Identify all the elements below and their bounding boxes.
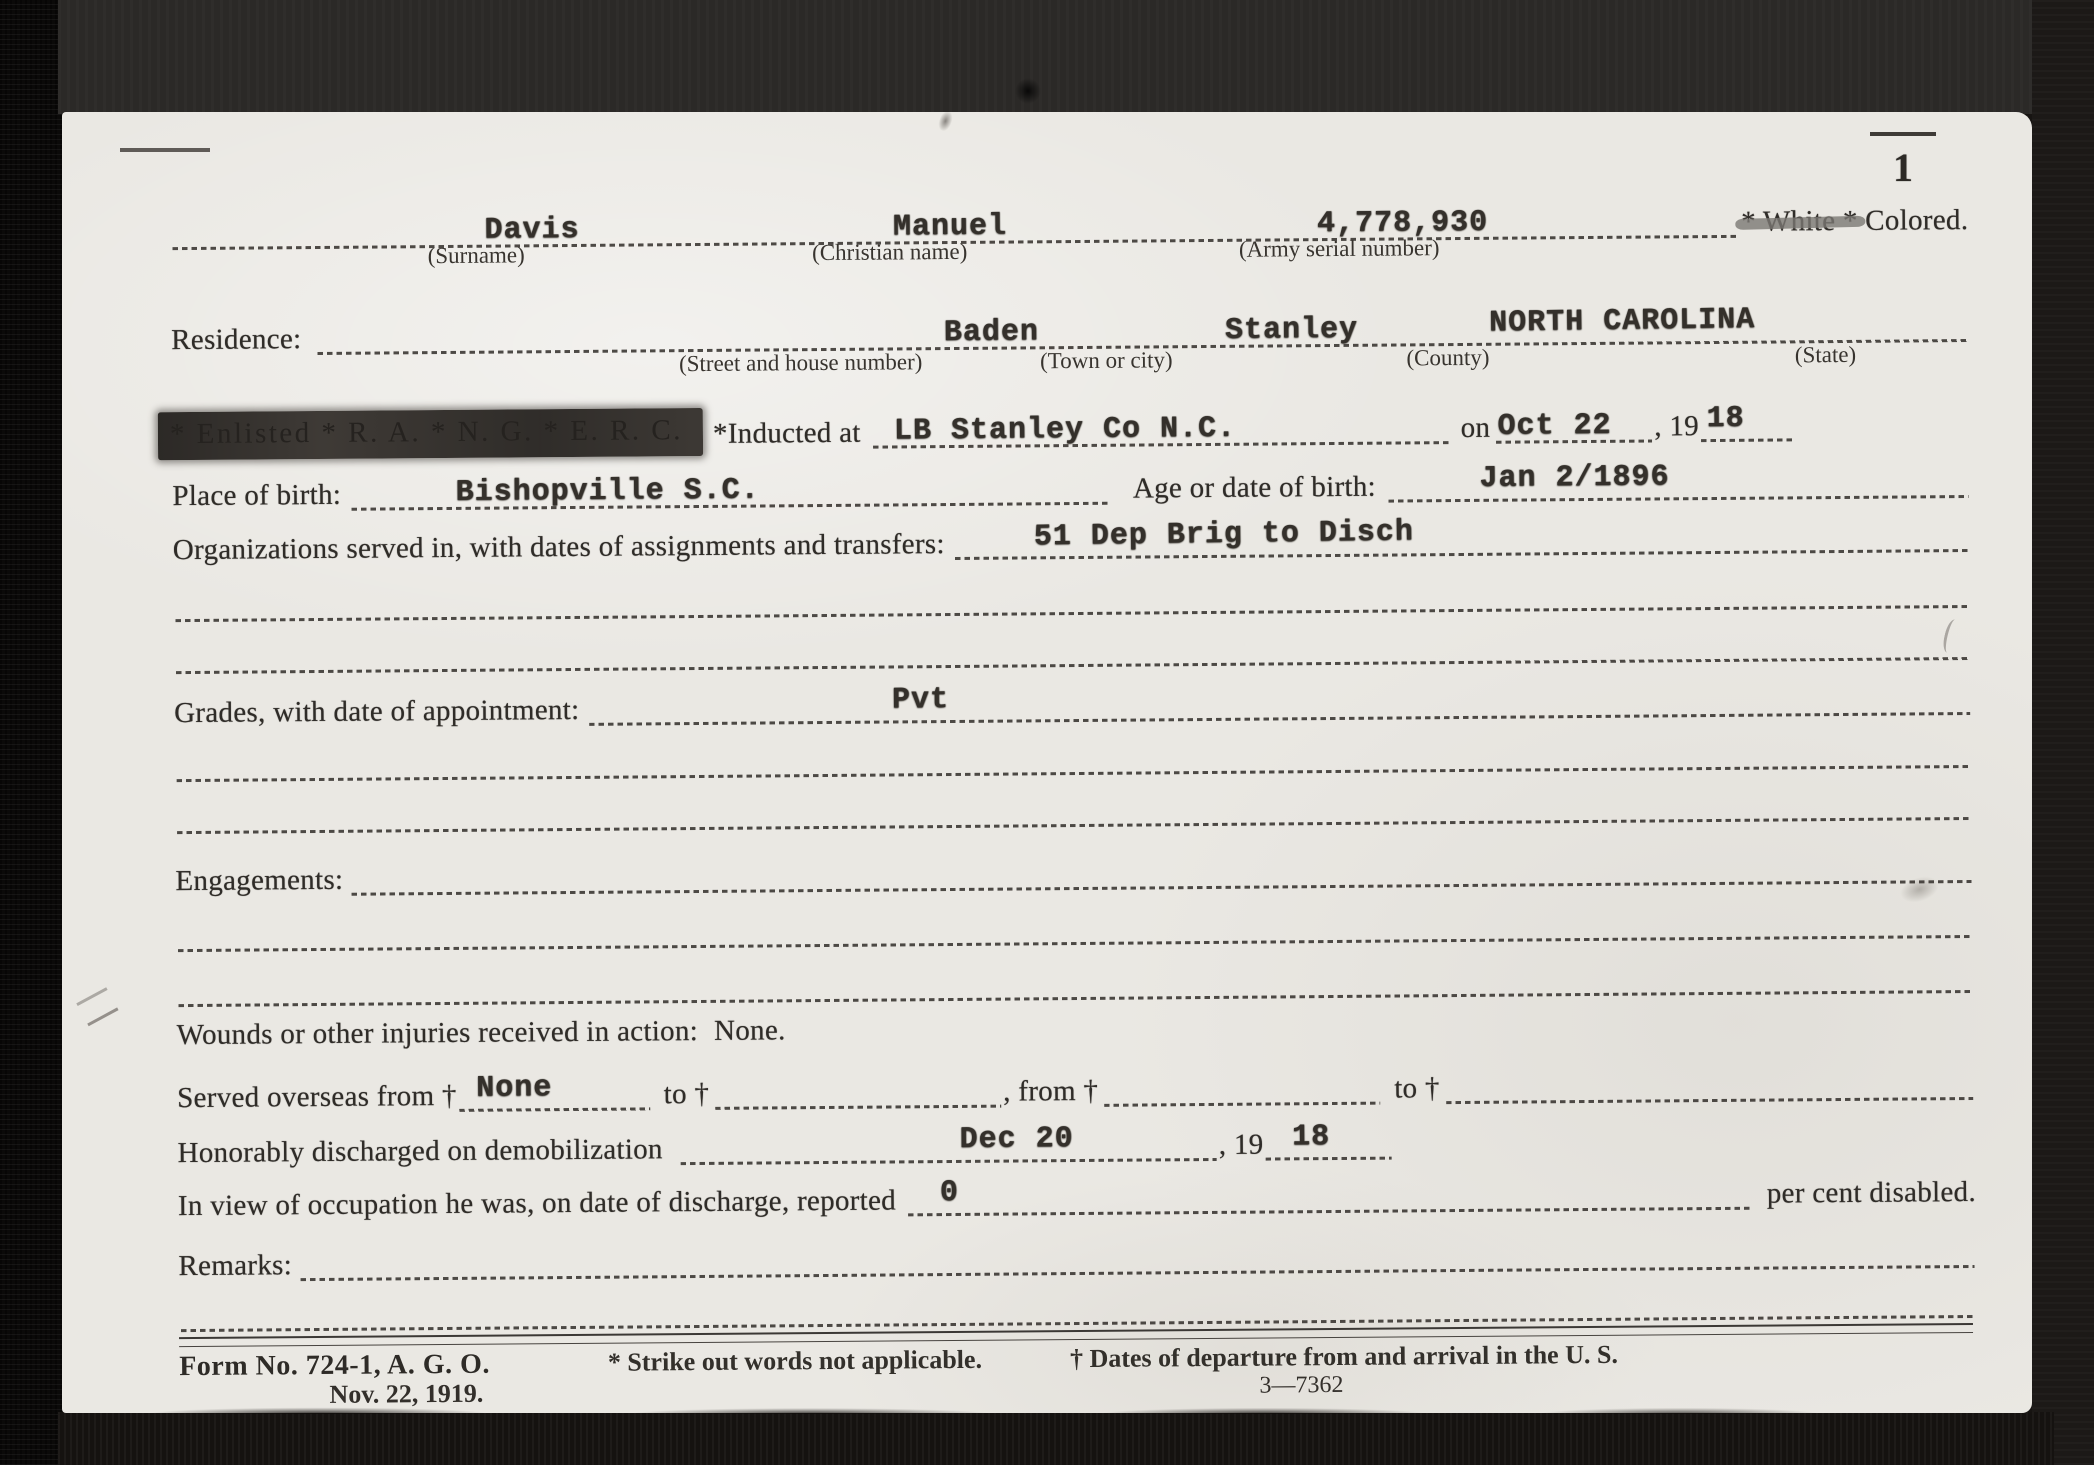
town-value: Baden	[944, 315, 1039, 350]
birth-row: Place of birth: Bishopville S.C. Age or …	[172, 466, 1970, 520]
scan-smudge	[1015, 78, 1041, 104]
discharge-year-prefix: , 19	[1219, 1131, 1264, 1169]
blank-line-row	[175, 788, 1973, 842]
card-content: Davis Manuel 4,778,930 * White * Colored…	[169, 99, 1977, 1414]
year-prefix: , 19	[1654, 412, 1699, 450]
form-number: Form No. 724-1, A. G. O.	[179, 1349, 490, 1383]
remarks-line	[298, 1236, 1977, 1289]
remarks-label: Remarks:	[178, 1251, 292, 1290]
wounds-value: None.	[714, 1016, 786, 1055]
grades-row: Grades, with date of appointment: Pvt	[174, 683, 1972, 737]
place-of-birth-value: Bishopville S.C.	[455, 474, 759, 510]
overseas-label: Served overseas from †	[177, 1082, 457, 1122]
inducted-place-line: LB Stanley Co N.C.	[871, 406, 1451, 457]
place-of-birth-line: Bishopville S.C.	[349, 473, 1109, 519]
dagger-note: † Dates of departure from and arrival in…	[1070, 1340, 1618, 1374]
scan-left-border	[0, 0, 62, 1465]
organizations-value: 51 Dep Brig to Disch	[1034, 515, 1414, 554]
inducted-date-line: Oct 22	[1494, 404, 1654, 451]
print-code: 3—7362	[1259, 1372, 1343, 1400]
blank-line-row	[176, 906, 1974, 960]
spacer	[1393, 1123, 1975, 1168]
overseas-to-line	[713, 1076, 1003, 1118]
discharge-year-line: 18	[1263, 1128, 1393, 1169]
blank-line-row	[174, 736, 1972, 790]
disabled-line: 0	[906, 1178, 1753, 1225]
inducted-place-value: LB Stanley Co N.C.	[894, 412, 1236, 449]
overseas-from2-line	[1102, 1073, 1382, 1115]
card-bottom-shadow	[92, 1404, 1982, 1414]
induction-year-line: 18	[1699, 403, 1794, 450]
age-label: Age or date of birth:	[1133, 473, 1376, 513]
overseas-to-label: to †	[664, 1080, 710, 1118]
place-of-birth-label: Place of birth:	[172, 481, 341, 520]
scanned-page: 1 Davis Manuel 4,778,930 * White * Color…	[0, 0, 2094, 1465]
dotted-line	[175, 788, 1973, 842]
on-label: on	[1461, 414, 1491, 452]
county-caption: (County)	[1406, 345, 1489, 372]
grades-value: Pvt	[892, 683, 949, 717]
street-caption: (Street and house number)	[679, 349, 923, 377]
overseas-from-value: None	[476, 1071, 552, 1106]
discharge-date-line: Dec 20	[679, 1129, 1219, 1173]
redacted-enlistment-options: * Enlisted * R. A. * N. G. * E. R. C.	[158, 408, 703, 460]
grades-line: Pvt	[587, 683, 1972, 734]
overseas-to2-line	[1444, 1068, 1976, 1112]
overseas-row: Served overseas from † None to † , from …	[177, 1068, 1975, 1122]
wounds-label: Wounds or other injuries received in act…	[177, 1017, 699, 1059]
blank-line-row	[174, 628, 1972, 682]
discharge-row: Honorably discharged on demobilization D…	[177, 1123, 1975, 1177]
discharge-year-value: 18	[1292, 1120, 1330, 1154]
scan-top-border	[58, 0, 2094, 114]
engagements-line	[349, 851, 1973, 904]
inducted-date-value: Oct 22	[1497, 409, 1611, 444]
organizations-line: 51 Dep Brig to Disch	[953, 520, 1971, 568]
serial-number-caption: (Army serial number)	[1239, 235, 1440, 263]
ink-speck	[936, 110, 954, 133]
state-value: NORTH CAROLINA	[1489, 303, 1755, 340]
disabled-value: 0	[940, 1176, 959, 1210]
discharge-label: Honorably discharged on demobilization	[177, 1135, 663, 1177]
overseas-from2-label: , from †	[1003, 1077, 1098, 1116]
inducted-at-label: *Inducted at	[713, 419, 861, 458]
service-record-card: 1 Davis Manuel 4,778,930 * White * Color…	[62, 112, 2032, 1413]
surname-caption: (Surname)	[428, 242, 525, 269]
blank-line-row	[173, 576, 1971, 630]
age-value: Jan 2/1896	[1479, 460, 1669, 495]
county-value: Stanley	[1225, 313, 1358, 348]
engagements-row: Engagements:	[175, 851, 1973, 905]
age-line: Jan 2/1896	[1386, 466, 1971, 511]
state-caption: (State)	[1795, 342, 1857, 368]
scan-bottom-border	[58, 1412, 2054, 1465]
town-caption: (Town or city)	[1040, 347, 1173, 374]
dotted-line	[174, 628, 1972, 682]
disabled-label: In view of occupation he was, on date of…	[178, 1186, 896, 1230]
disabled-row: In view of occupation he was, on date of…	[178, 1176, 1976, 1230]
induction-year-value: 18	[1706, 402, 1744, 436]
organizations-label: Organizations served in, with dates of a…	[173, 530, 945, 574]
dotted-line	[173, 576, 1971, 630]
dotted-line	[174, 736, 1972, 790]
organizations-row: Organizations served in, with dates of a…	[173, 520, 1971, 574]
scan-right-border	[2032, 0, 2094, 1465]
engagements-label: Engagements:	[175, 866, 343, 905]
overseas-from-line: None	[457, 1078, 652, 1120]
christian-name-caption: (Christian name)	[812, 239, 967, 266]
induction-row: * Enlisted * R. A. * N. G. * E. R. C. *I…	[172, 402, 1970, 462]
edge-pencil-mark	[76, 987, 118, 1026]
disabled-suffix: per cent disabled.	[1767, 1178, 1976, 1218]
dotted-line	[176, 906, 1974, 960]
discharge-date-value: Dec 20	[959, 1122, 1073, 1157]
overseas-to2-label: to †	[1394, 1074, 1440, 1112]
grades-label: Grades, with date of appointment:	[174, 696, 580, 737]
remarks-row: Remarks:	[178, 1236, 1976, 1290]
strike-note: * Strike out words not applicable.	[608, 1345, 982, 1378]
wounds-row: Wounds or other injuries received in act…	[177, 1005, 1975, 1059]
